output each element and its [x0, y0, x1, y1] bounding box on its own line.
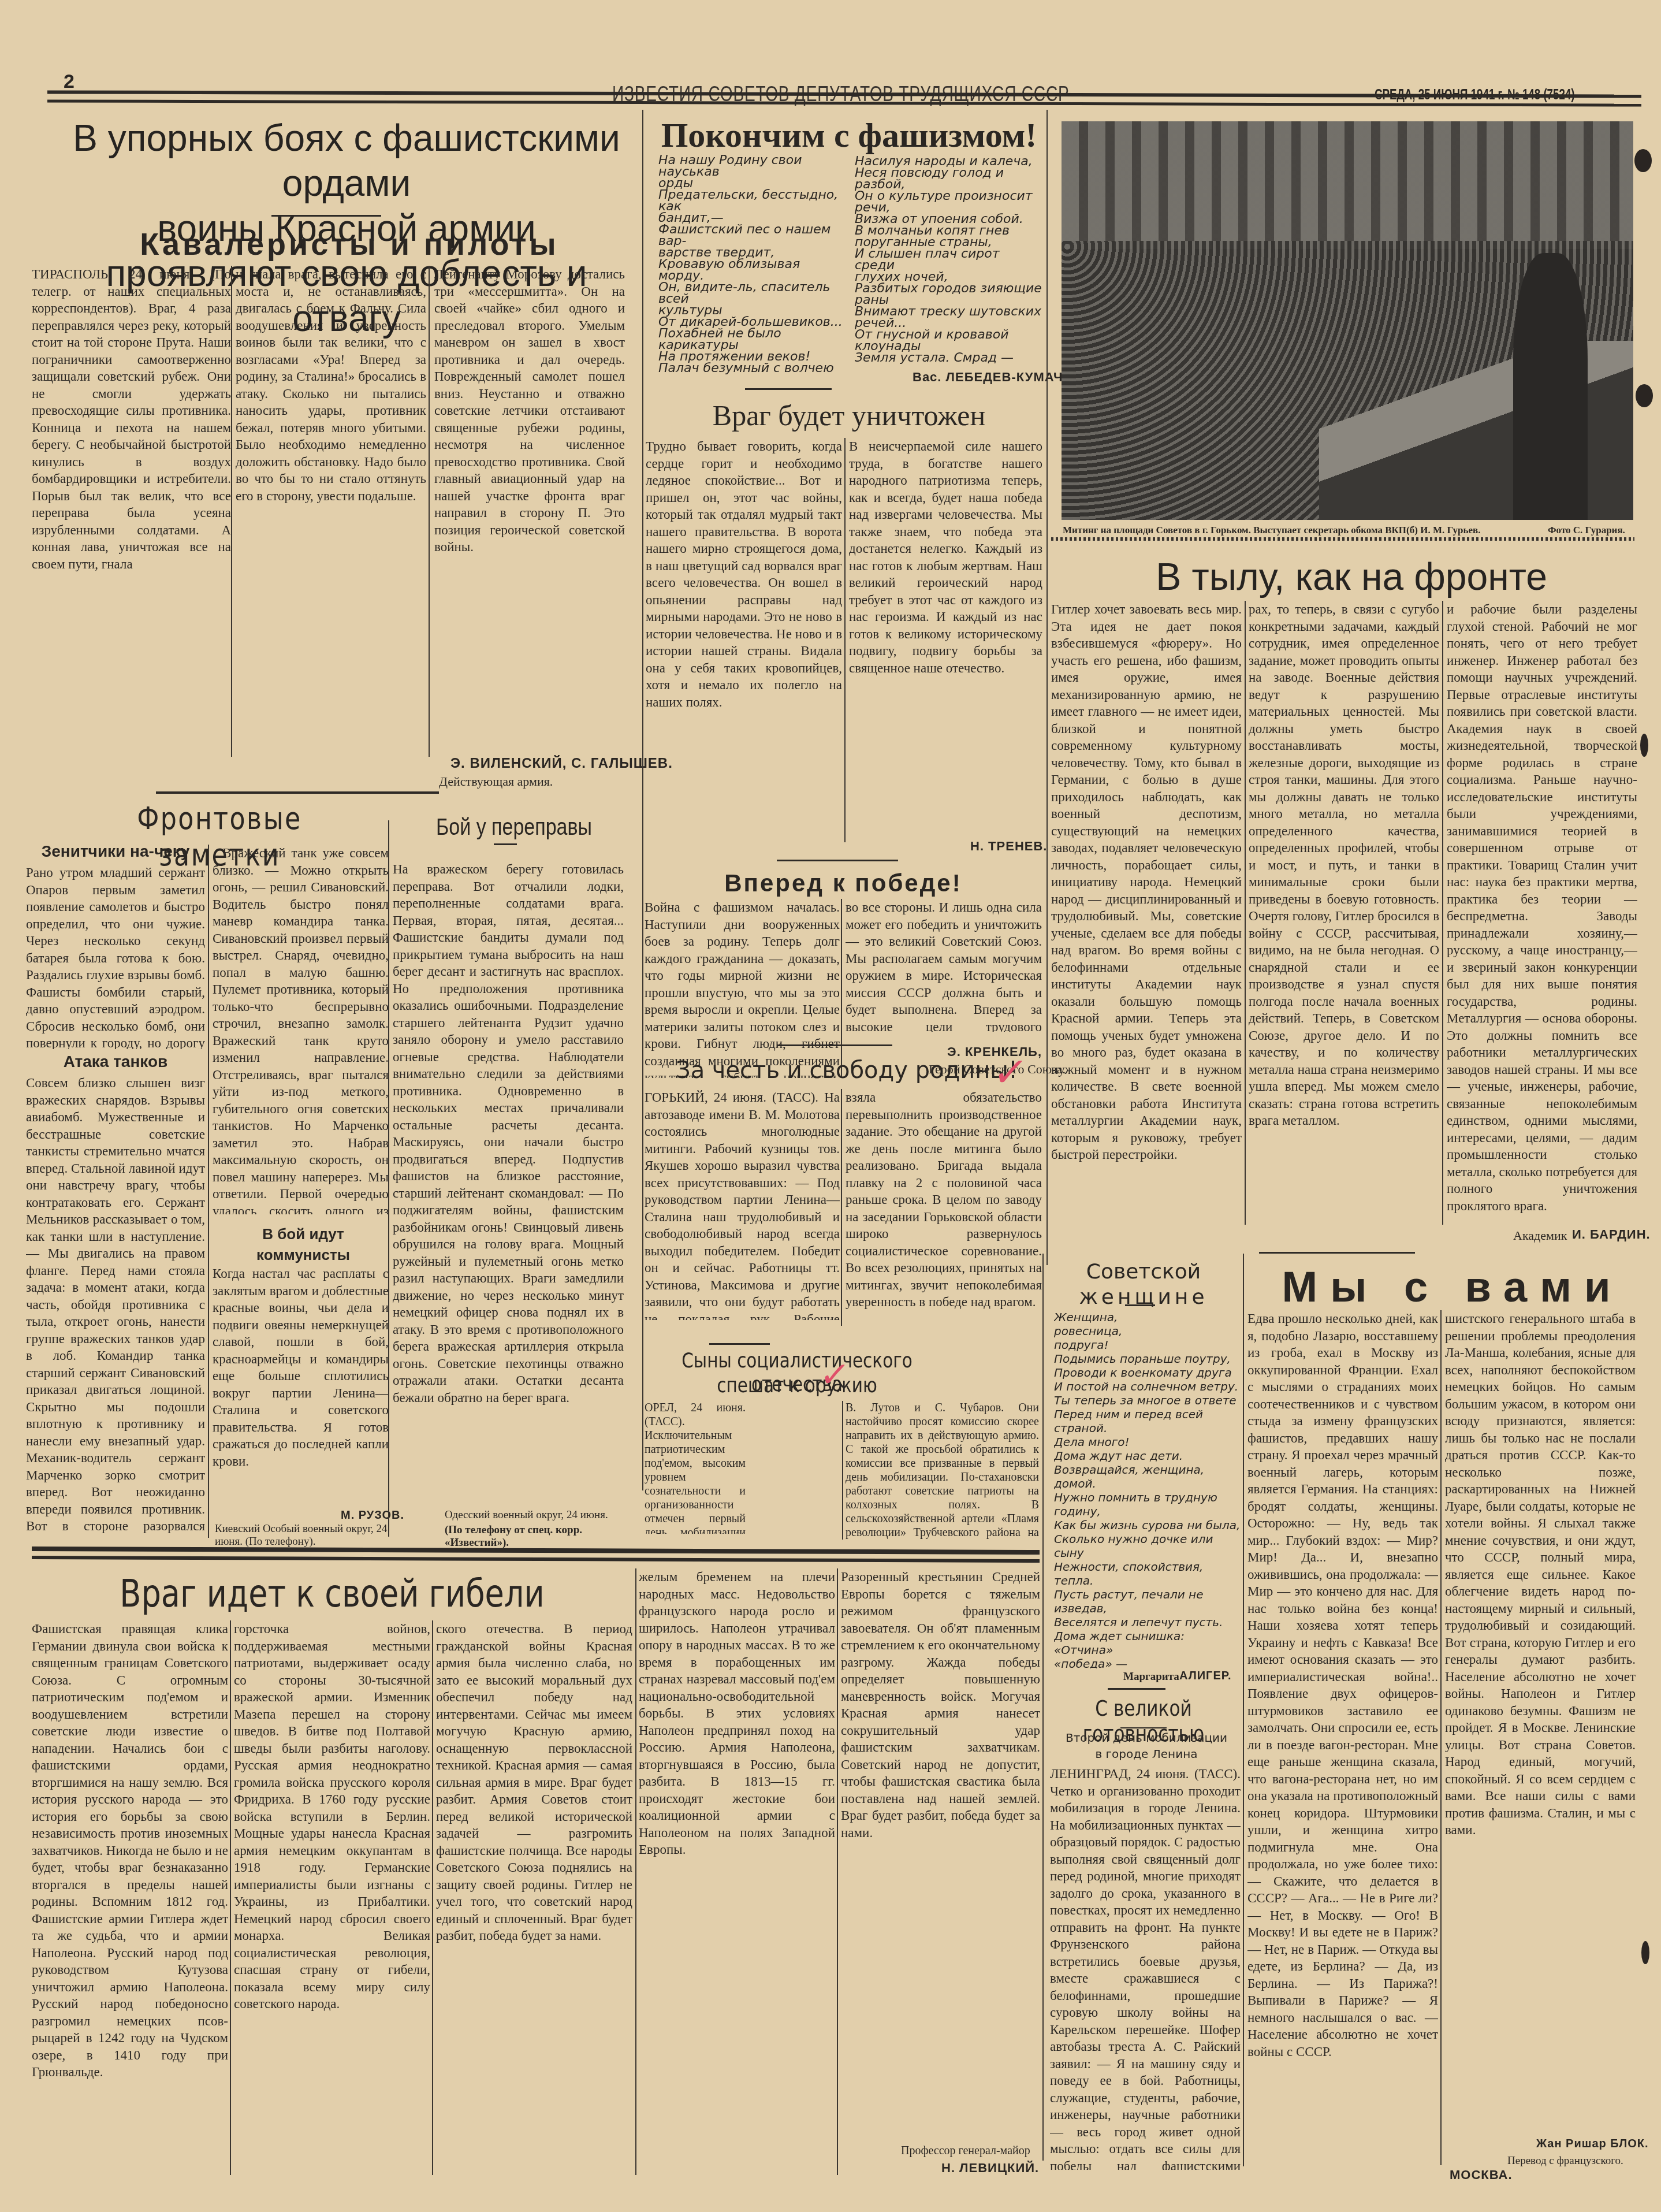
col-rule	[837, 1568, 838, 2175]
binder-hole	[1641, 1941, 1649, 1964]
poem2-title: Советской женщине	[1051, 1259, 1236, 1310]
enemy-destroyed-col2: В неисчерпаемой силе нашего труда, в бог…	[849, 438, 1042, 808]
divider	[156, 791, 439, 794]
poem1-col1: На нашу Родину свои науськав орды Предат…	[658, 155, 849, 374]
section-rule-double-top	[32, 1546, 1040, 1555]
forward-title: Вперед к победе!	[644, 869, 1042, 897]
divider	[1108, 1688, 1165, 1690]
front-notes-col2b: Когда настал час расплаты с заклятым вра…	[213, 1265, 389, 1508]
section-rule-double-bottom	[32, 1556, 1040, 1563]
with-you-col1: Едва прошло несколько дней, как я, подоб…	[1247, 1310, 1438, 2131]
divider	[1259, 1252, 1415, 1254]
doom-col4: желым бременем на плечи народных масс. Н…	[639, 1568, 835, 2175]
poem2-text: Женщина, ровесница, подруга! Подымись по…	[1054, 1310, 1245, 1668]
honor-title: За честь и свободу родины!	[676, 1057, 1022, 1084]
col-rule	[429, 266, 430, 757]
binder-hole	[1640, 734, 1648, 757]
rally-photo	[1062, 121, 1633, 520]
rear-col3: и рабочие были разделены глухой стеной. …	[1447, 601, 1637, 1213]
wavy-divider	[1051, 537, 1634, 541]
col-rule	[841, 1089, 842, 1326]
crossing-body: На вражеском берегу готовилась переправа…	[393, 861, 624, 1502]
rear-signature-prefix: Академик	[1513, 1228, 1567, 1243]
col-rule	[1440, 1310, 1442, 2165]
divider	[745, 388, 832, 390]
doom-col3: ского отечества. В период гражданской во…	[436, 1620, 632, 2175]
front-notes-col1b: Совсем близко слышен визг вражеских снар…	[26, 1075, 205, 1537]
enemy-destroyed-col1: Трудно бывает говорить, когда сердце гор…	[646, 438, 842, 842]
doom-col2: горсточка войнов, поддерживаемая местным…	[234, 1620, 430, 2175]
col-rule	[1245, 601, 1246, 1225]
section-rule	[1046, 110, 1048, 1265]
with-you-col2: шистского генерального штаба в решении п…	[1445, 1310, 1636, 2125]
poem1-title: Покончим с фашизмом!	[658, 116, 1040, 155]
section-rule	[642, 110, 643, 1490]
with-you-signature: Жан Ришар БЛОК.	[1536, 2137, 1649, 2151]
divider	[1120, 1727, 1167, 1728]
binder-hole	[1636, 384, 1653, 407]
doom-title: Враг идет к своей гибели	[86, 1571, 579, 1616]
main-headline-line1: В упорных боях с фашистскими ордами	[52, 116, 641, 206]
cavalry-col2: и гнала врага, вытеснила его с моста и, …	[236, 266, 426, 751]
doom-signature-prefix: Профессор генерал-майор	[901, 2144, 1030, 2158]
honor-col2: взяла обязательство перевыполнить произв…	[846, 1089, 1042, 1326]
readiness-subtitle-line2: в городе Ленина	[1051, 1746, 1242, 1762]
enemy-destroyed-signature: Н. ТРЕНЕВ.	[970, 839, 1047, 854]
col-rule	[230, 1620, 231, 2175]
crossing-signature-sub: Одесский военный округ, 24 июня.	[445, 1509, 608, 1522]
poem2-author-first: Маргарита	[1123, 1671, 1179, 1683]
col-rule	[388, 820, 389, 1537]
forward-col1: Война с фашизмом началась. Наступили дни…	[645, 899, 840, 1078]
front-notes-sub2: Атака танков	[26, 1053, 205, 1071]
col-rule	[231, 266, 232, 757]
sons-title-line2: спешат к оружию	[693, 1374, 902, 1397]
photo-speaker	[1513, 253, 1588, 520]
front-notes-col2: ...Вражеский танк уже совсем близко. — М…	[213, 845, 389, 1214]
col-rule	[842, 1401, 843, 1540]
cavalry-title: Кавалеристы и пилоты	[58, 226, 641, 262]
divider	[777, 860, 898, 861]
photo-credit: Фото С. Гурария.	[1548, 525, 1625, 536]
binder-hole	[1634, 149, 1652, 172]
col-rule	[635, 1568, 636, 2175]
readiness-subtitle: Второй день мобилизации в городе Ленина	[1051, 1730, 1242, 1762]
cavalry-signature: Э. ВИЛЕНСКИЙ, С. ГАЛЫШЕВ.	[450, 756, 673, 772]
col-rule	[844, 438, 846, 842]
col-rule	[208, 845, 209, 1538]
front-notes-signature: М. РУЗОВ.	[341, 1509, 404, 1522]
doom-col1: Фашистская правящая клика Германии двину…	[32, 1620, 228, 2175]
poem2-title-line2: женщине	[1051, 1285, 1236, 1310]
divider	[271, 215, 381, 217]
poem1-author: Вас. ЛЕБЕДЕВ-КУМАЧ.	[913, 370, 1067, 385]
cavalry-signature-sub: Действующая армия.	[439, 774, 553, 789]
readiness-body: ЛЕНИНГРАД, 24 июня. (ТАСС). Четко и орга…	[1050, 1765, 1241, 2170]
divider	[709, 1343, 770, 1345]
front-notes-col1: Рано утром младший сержант Опаров первым…	[26, 864, 205, 1049]
rear-title: В тылу, как на фронте	[1051, 555, 1652, 598]
front-notes-signature-sub: Киевский Особый военный округ, 24 июня. …	[215, 1523, 388, 1548]
divider	[494, 843, 517, 845]
readiness-subtitle-line1: Второй день мобилизации	[1051, 1730, 1242, 1746]
poem1-col2: Насилуя народы и калеча, Неся повсюду го…	[855, 156, 1042, 364]
front-notes-sub1: Зенитчики на-чеку	[23, 842, 208, 861]
poem2-author-last: АЛИГЕР.	[1179, 1670, 1232, 1683]
front-notes-sub3: В бой идут коммунисты	[254, 1224, 352, 1265]
with-you-signature-sub: Перевод с французского.	[1507, 2155, 1623, 2168]
doom-col5: Разоренный крестьянин Средней Европы бор…	[841, 1568, 1040, 2123]
rear-col1: Гитлер хочет завоевать весь мир. Эта иде…	[1051, 601, 1242, 1219]
with-you-title: Мы с вами	[1250, 1262, 1655, 1311]
doom-signature: Н. ЛЕВИЦКИЙ.	[941, 2161, 1039, 2176]
photo-caption: Митинг на площади Советов в г. Горьком. …	[1063, 525, 1481, 536]
cavalry-col3: Лейтенанту Морозову достались три «мессе…	[434, 266, 625, 693]
cavalry-col1: ТИРАСПОЛЬ, 24 июня. (По телегр. от наших…	[32, 266, 231, 751]
section-rule	[1042, 1254, 1044, 2161]
crossing-title: Бой у переправы	[411, 815, 617, 841]
divider	[777, 1044, 892, 1046]
sons-col1: ОРЕЛ, 24 июня. (ТАСС). Исключительным па…	[645, 1401, 746, 1534]
col-rule	[432, 1620, 433, 2175]
honor-col1: ГОРЬКИЙ, 24 июня. (ТАСС). На автозаводе …	[645, 1089, 840, 1320]
enemy-destroyed-title: Враг будет уничтожен	[653, 399, 1045, 432]
rear-col2: рах, то теперь, в связи с сугубо конкрет…	[1249, 601, 1439, 1219]
crossing-note: (По телефону от спец. корр. «Известий»).	[445, 1524, 618, 1549]
col-rule	[1243, 1254, 1244, 2166]
sons-col2: В. Лутов и С. Чубаров. Они настойчиво пр…	[846, 1401, 1039, 1540]
page-number: 2	[64, 70, 75, 93]
with-you-place: МОСКВА.	[1450, 2168, 1513, 2183]
red-checkmark: ✓	[817, 1355, 852, 1395]
divider	[1125, 1304, 1155, 1306]
rear-signature: И. БАРДИН.	[1572, 1227, 1651, 1242]
col-rule	[1442, 601, 1443, 1225]
col-rule	[841, 899, 842, 1078]
photo-buildings	[1062, 121, 1633, 249]
forward-col2: во все стороны. И лишь одна сила может е…	[846, 899, 1042, 1032]
poem2-title-line1: Советской	[1051, 1259, 1236, 1285]
